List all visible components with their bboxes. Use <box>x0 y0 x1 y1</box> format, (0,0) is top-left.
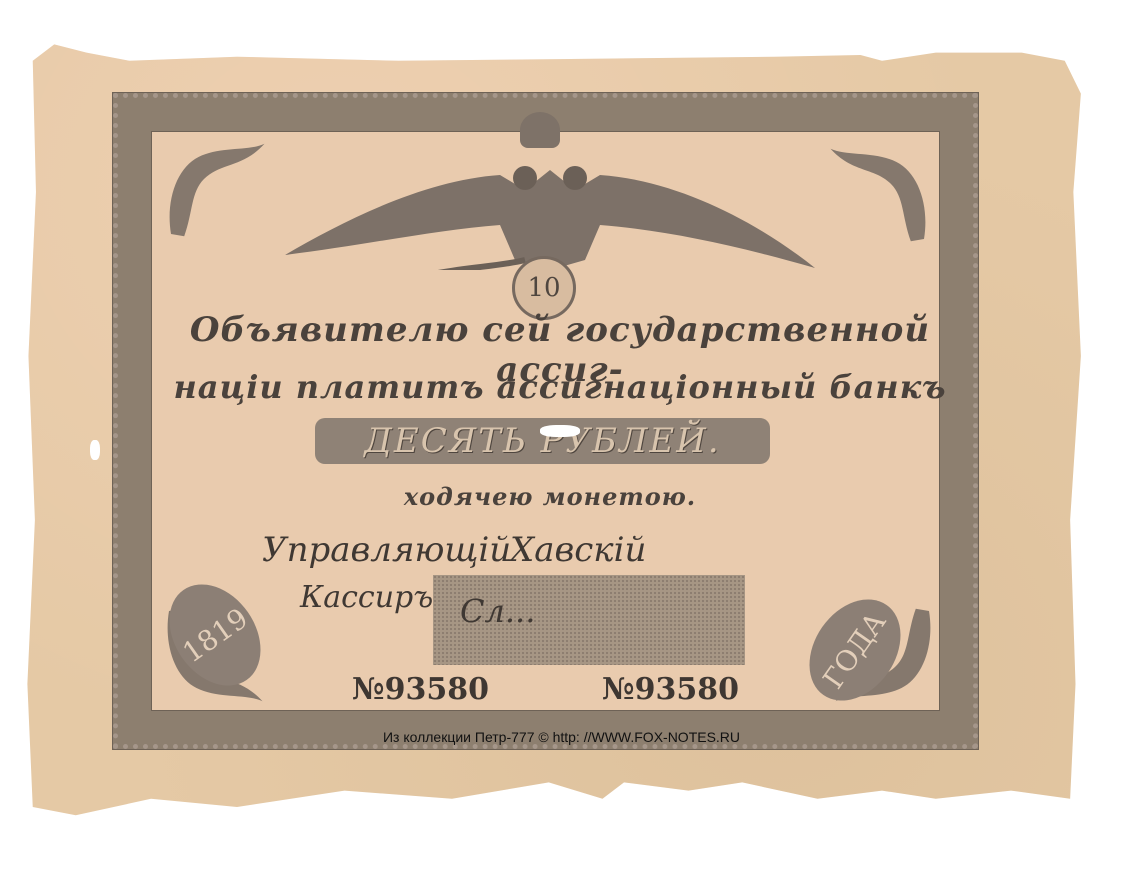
cashier-label: Кассиръ <box>300 580 433 615</box>
text-line-3: ходячею монетою. <box>360 482 740 511</box>
manager-signature: Хавскій <box>510 530 646 570</box>
serial-number-right: №93580 <box>602 672 739 707</box>
amount-panel: ДЕСЯТЬ РУБЛЕЙ. <box>315 418 770 464</box>
imperial-crown-icon <box>520 112 560 148</box>
text-line-2: націи платитъ ассигнаціонный банкъ <box>170 368 950 406</box>
paper-hole <box>90 440 100 460</box>
corner-ornament-top-right-icon <box>825 140 935 250</box>
serial-number-left: №93580 <box>352 672 489 707</box>
year-text: 1819 <box>176 601 253 669</box>
corner-ornament-top-left-icon <box>160 135 270 245</box>
paper-hole <box>540 425 580 437</box>
double-headed-eagle-icon <box>285 150 815 270</box>
cashier-signature: Сл... <box>460 592 535 630</box>
manager-label: Управляющій <box>262 530 511 570</box>
collection-watermark: Из коллекции Петр-777 © http: //WWW.FOX-… <box>0 729 1123 745</box>
